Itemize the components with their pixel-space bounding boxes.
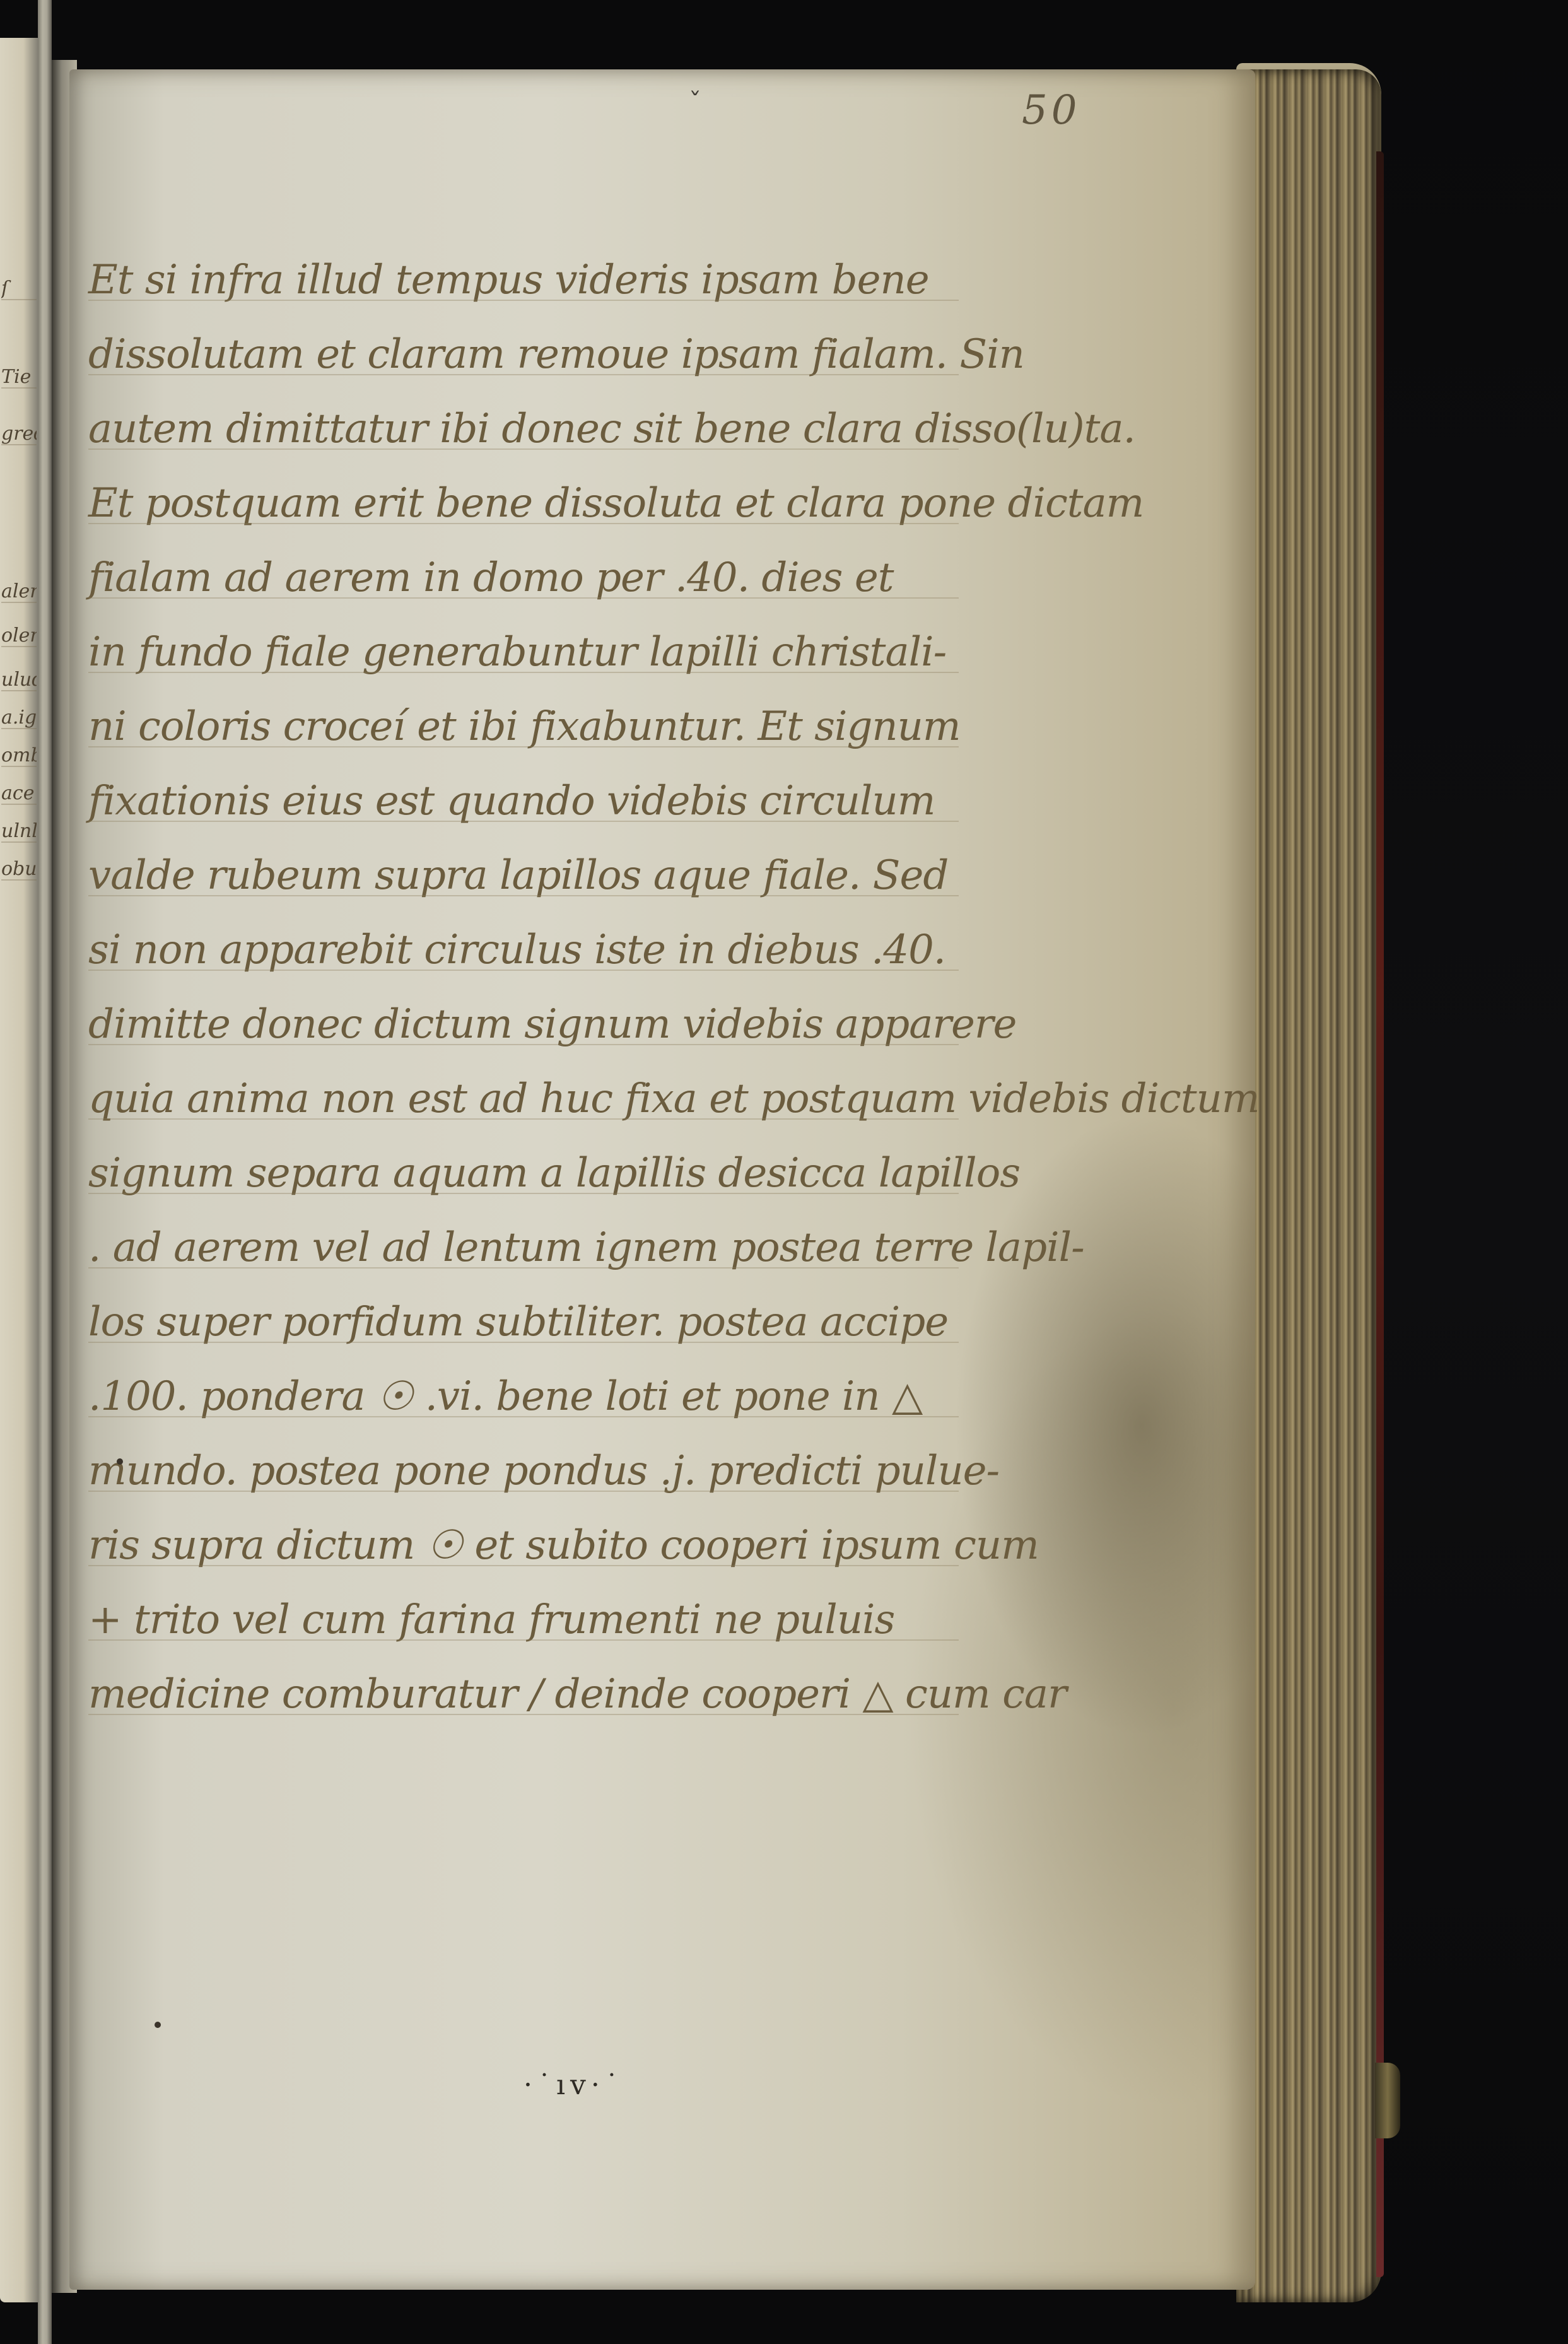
verso-fragment: ſ xyxy=(1,278,37,300)
text-line: .100. pondera ☉ .vi. bene loti et pone i… xyxy=(88,1359,984,1434)
text-line: quia anima non est ad huc fixa et postqu… xyxy=(88,1062,984,1136)
verso-fragment: ace xyxy=(1,782,37,805)
text-line: si non apparebit circulus iste in diebus… xyxy=(88,913,984,987)
verso-fragment: ulud xyxy=(1,669,37,691)
bottom-marks: ·˙ıv·˙ xyxy=(524,2069,624,2101)
verso-fragment: a.ig xyxy=(1,706,37,729)
folio-number: 50 xyxy=(1022,87,1080,134)
margin-dot xyxy=(155,2022,161,2028)
verso-fragment: alem xyxy=(1,580,37,603)
text-line: dissolutam et claram remoue ipsam fialam… xyxy=(88,317,984,392)
text-line: dimitte donec dictum signum videbis appa… xyxy=(88,987,984,1062)
text-line: valde rubeum supra lapillos aque fiale. … xyxy=(88,838,984,913)
binding-edge xyxy=(1376,151,1384,2277)
text-line: los super porfidum subtiliter. postea ac… xyxy=(88,1285,984,1359)
text-line: fialam ad aerem in domo per .40. dies et xyxy=(88,541,984,615)
text-line: ris supra dictum ☉ et subito cooperi ips… xyxy=(88,1508,984,1583)
text-block: Et si infra illud tempus videris ipsam b… xyxy=(88,243,984,1732)
text-line: in fundo fiale generabuntur lapilli chri… xyxy=(88,615,984,689)
text-line: autem dimittatur ibi donec sit bene clar… xyxy=(88,392,984,466)
text-line: signum separa aquam a lapillis desicca l… xyxy=(88,1136,984,1210)
clasp xyxy=(1375,2063,1400,2138)
verso-fragment: ombu xyxy=(1,744,37,767)
text-line: Et si infra illud tempus videris ipsam b… xyxy=(88,243,984,317)
manuscript-photo: ſ Tie gred alem olenm ulud a.ig ombu ace… xyxy=(0,0,1568,2344)
verso-fragment: Tie xyxy=(1,366,37,389)
verso-fragment: ulnla xyxy=(1,820,37,843)
text-line: mundo. postea pone pondus .j. predicti p… xyxy=(88,1434,984,1508)
text-line: + trito vel cum farina frumenti ne pului… xyxy=(88,1583,984,1657)
top-mark: ˇ xyxy=(689,88,701,117)
verso-fragment: olenm xyxy=(1,624,37,647)
text-line: medicine comburatur / deinde cooperi △ c… xyxy=(88,1657,984,1732)
fore-edge-leaves xyxy=(1236,69,1381,2302)
text-line: Et postquam erit bene dissoluta et clara… xyxy=(88,466,984,541)
verso-fragment: obun xyxy=(1,858,37,881)
verso-page-edge: ſ Tie gred alem olenm ulud a.ig ombu ace… xyxy=(0,38,39,2302)
text-line: ni coloris croceí et ibi fixabuntur. Et … xyxy=(88,689,984,764)
text-line: fixationis eius est quando videbis circu… xyxy=(88,764,984,838)
page-clamp-bar xyxy=(38,0,52,2344)
verso-fragment: gred xyxy=(1,423,37,445)
text-line: . ad aerem vel ad lentum ignem postea te… xyxy=(88,1210,984,1285)
margin-dot xyxy=(117,1458,123,1465)
